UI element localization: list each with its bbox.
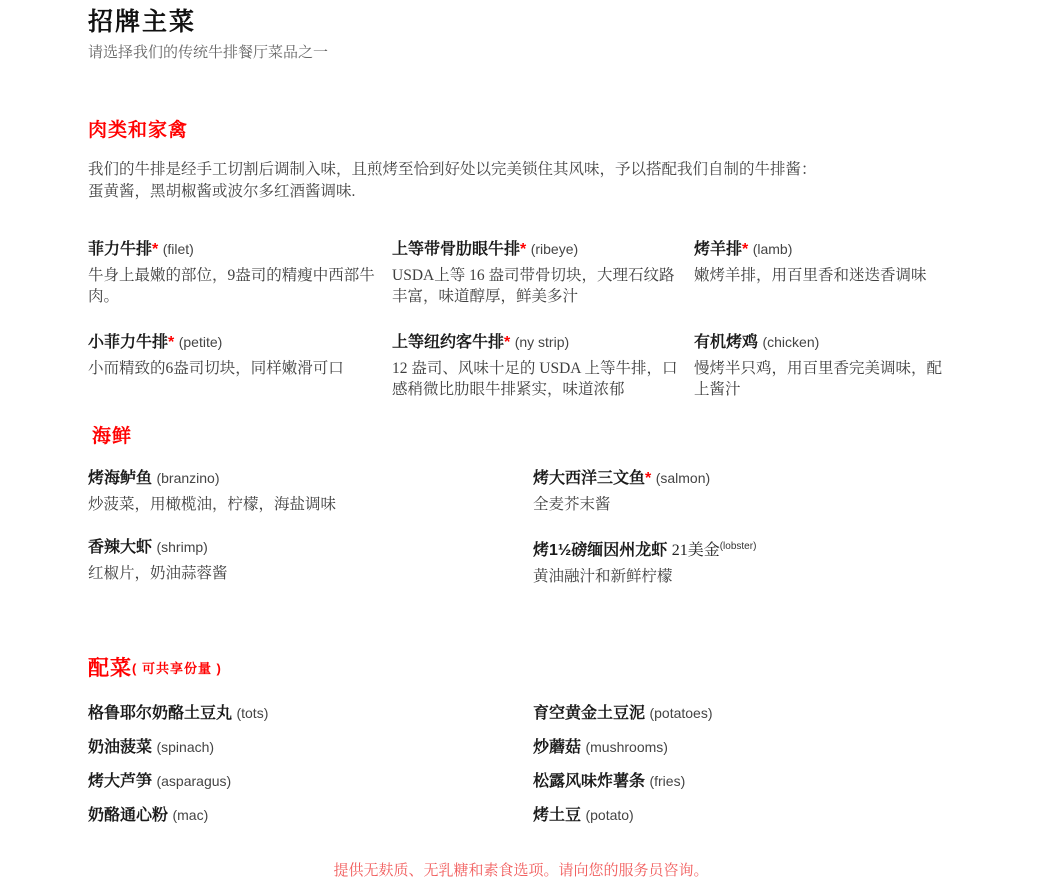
item-en-label: (potato) xyxy=(585,807,633,823)
meat-items-grid: 菲力牛排* (filet) 牛身上最嫩的部位，9盎司的精瘦中西部牛肉。 上等带骨… xyxy=(88,239,962,400)
item-asterisk: * xyxy=(520,241,526,258)
menu-page: 招牌主菜 请选择我们的传统牛排餐厅菜品之一 肉类和家禽 我们的牛排是经手工切割后… xyxy=(0,0,1042,826)
seafood-items-grid: 烤海鲈鱼 (branzino) 炒菠菜，用橄榄油，柠檬，海盐调味 烤大西洋三文鱼… xyxy=(88,468,962,587)
item-name: 烤大西洋三文鱼 xyxy=(533,470,645,487)
item-en-label: (salmon) xyxy=(656,470,710,486)
sides-heading-label: 配菜 xyxy=(88,657,132,680)
meat-intro: 我们的牛排是经手工切割后调制入味，且煎烤至恰到好处以完美锁住其风味，予以搭配我们… xyxy=(88,159,962,203)
meat-intro-line2: 蛋黄酱，黑胡椒酱或波尔多红酒酱调味. xyxy=(88,181,962,203)
menu-item-spinach: 奶油菠菜 (spinach) xyxy=(88,737,533,758)
menu-item-shrimp: 香辣大虾 (shrimp) 红椒片，奶油蒜蓉酱 xyxy=(88,537,533,587)
item-en-label: (branzino) xyxy=(156,470,219,486)
item-description: 小而精致的6盎司切块，同样嫩滑可口 xyxy=(88,358,376,379)
item-name: 奶酪通心粉 xyxy=(88,807,168,824)
item-description: 全麦芥末酱 xyxy=(533,494,944,515)
menu-item-fries: 松露风味炸薯条 (fries) xyxy=(533,771,960,792)
item-description: USDA上等 16 盎司带骨切块，大理石纹路丰富，味道醇厚，鲜美多汁 xyxy=(392,265,678,307)
menu-item-lobster: 烤1½磅缅因州龙虾 21美金(lobster) 黄油融汁和新鲜柠檬 xyxy=(533,537,960,587)
item-title: 奶酪通心粉 (mac) xyxy=(88,805,517,826)
item-en-label: (asparagus) xyxy=(156,773,231,789)
menu-item-tots: 格鲁耶尔奶酪土豆丸 (tots) xyxy=(88,703,533,724)
item-en-label: (shrimp) xyxy=(156,539,207,555)
item-title: 上等带骨肋眼牛排* (ribeye) xyxy=(392,239,678,260)
menu-item-asparagus: 烤大芦笋 (asparagus) xyxy=(88,771,533,792)
item-en-label: (lamb) xyxy=(753,241,793,257)
menu-item-ribeye: 上等带骨肋眼牛排* (ribeye) USDA上等 16 盎司带骨切块，大理石纹… xyxy=(392,239,694,307)
dietary-options-footer: 提供无麸质、无乳糖和素食选项。请向您的服务员咨询。 xyxy=(0,862,1042,880)
item-description: 12 盎司、风味十足的 USDA 上等牛排，口感稍微比肋眼牛排紧实，味道浓郁 xyxy=(392,358,678,400)
item-name: 菲力牛排 xyxy=(88,241,152,258)
item-name: 格鲁耶尔奶酪土豆丸 xyxy=(88,705,232,722)
item-name: 奶油菠菜 xyxy=(88,739,152,756)
sides-items-grid: 格鲁耶尔奶酪土豆丸 (tots) 育空黄金土豆泥 (potatoes) 奶油菠菜… xyxy=(88,703,962,826)
item-name: 有机烤鸡 xyxy=(694,334,758,351)
item-title: 烤1½磅缅因州龙虾 21美金(lobster) xyxy=(533,537,944,561)
item-name: 烤海鲈鱼 xyxy=(88,470,152,487)
menu-item-potatoes: 育空黄金土豆泥 (potatoes) xyxy=(533,703,960,724)
item-asterisk: * xyxy=(152,241,158,258)
item-title: 烤海鲈鱼 (branzino) xyxy=(88,468,517,489)
item-en-label: (ribeye) xyxy=(531,241,578,257)
item-title: 奶油菠菜 (spinach) xyxy=(88,737,517,758)
item-title: 有机烤鸡 (chicken) xyxy=(694,332,944,353)
menu-item-chicken: 有机烤鸡 (chicken) 慢烤半只鸡，用百里香完美调味，配上酱汁 xyxy=(694,332,960,400)
item-en-superscript: (lobster) xyxy=(720,541,757,552)
item-name: 育空黄金土豆泥 xyxy=(533,705,645,722)
item-name: 烤大芦笋 xyxy=(88,773,152,790)
item-en-label: (tots) xyxy=(236,705,268,721)
item-title: 烤羊排* (lamb) xyxy=(694,239,944,260)
item-title: 烤大西洋三文鱼* (salmon) xyxy=(533,468,944,489)
item-title: 菲力牛排* (filet) xyxy=(88,239,376,260)
item-en-label: (fries) xyxy=(649,773,685,789)
item-title: 烤大芦笋 (asparagus) xyxy=(88,771,517,792)
item-en-label: (mac) xyxy=(172,807,208,823)
item-en-label: (petite) xyxy=(179,334,223,350)
item-title: 小菲力牛排* (petite) xyxy=(88,332,376,353)
item-en-label: (chicken) xyxy=(762,334,819,350)
item-description: 红椒片，奶油蒜蓉酱 xyxy=(88,563,517,584)
item-description: 牛身上最嫩的部位，9盎司的精瘦中西部牛肉。 xyxy=(88,265,376,307)
item-title: 格鲁耶尔奶酪土豆丸 (tots) xyxy=(88,703,517,724)
menu-item-branzino: 烤海鲈鱼 (branzino) 炒菠菜，用橄榄油，柠檬，海盐调味 xyxy=(88,468,533,515)
item-description: 黄油融汁和新鲜柠檬 xyxy=(533,566,944,587)
item-name: 小菲力牛排 xyxy=(88,334,168,351)
menu-item-mac: 奶酪通心粉 (mac) xyxy=(88,805,533,826)
item-name: 松露风味炸薯条 xyxy=(533,773,645,790)
meat-intro-line1: 我们的牛排是经手工切割后调制入味，且煎烤至恰到好处以完美锁住其风味，予以搭配我们… xyxy=(88,159,962,181)
item-en-label: (potatoes) xyxy=(649,705,712,721)
menu-item-filet: 菲力牛排* (filet) 牛身上最嫩的部位，9盎司的精瘦中西部牛肉。 xyxy=(88,239,392,307)
section-heading-meat: 肉类和家禽 xyxy=(88,120,962,142)
item-en-label: (spinach) xyxy=(156,739,214,755)
item-title: 香辣大虾 (shrimp) xyxy=(88,537,517,558)
item-description: 炒菠菜，用橄榄油，柠檬，海盐调味 xyxy=(88,494,517,515)
item-en-label: (ny strip) xyxy=(515,334,569,350)
menu-item-salmon: 烤大西洋三文鱼* (salmon) 全麦芥末酱 xyxy=(533,468,960,515)
section-heading-seafood: 海鲜 xyxy=(92,426,962,448)
item-title: 炒蘑菇 (mushrooms) xyxy=(533,737,944,758)
item-name: 烤土豆 xyxy=(533,807,581,824)
page-title: 招牌主菜 xyxy=(88,8,962,36)
item-name: 烤1½磅缅因州龙虾 xyxy=(533,542,667,559)
menu-item-ny-strip: 上等纽约客牛排* (ny strip) 12 盎司、风味十足的 USDA 上等牛… xyxy=(392,332,694,400)
page-subtitle: 请选择我们的传统牛排餐厅菜品之一 xyxy=(88,43,962,63)
item-title: 烤土豆 (potato) xyxy=(533,805,944,826)
menu-item-petite-filet: 小菲力牛排* (petite) 小而精致的6盎司切块，同样嫩滑可口 xyxy=(88,332,392,400)
item-description: 慢烤半只鸡，用百里香完美调味，配上酱汁 xyxy=(694,358,944,400)
item-name: 香辣大虾 xyxy=(88,539,152,556)
menu-item-lamb: 烤羊排* (lamb) 嫩烤羊排，用百里香和迷迭香调味 xyxy=(694,239,960,307)
menu-item-mushrooms: 炒蘑菇 (mushrooms) xyxy=(533,737,960,758)
item-description: 嫩烤羊排，用百里香和迷迭香调味 xyxy=(694,265,944,286)
sides-shareable-note: ( 可共享份量 ) xyxy=(132,661,222,676)
item-title: 上等纽约客牛排* (ny strip) xyxy=(392,332,678,353)
menu-item-potato: 烤土豆 (potato) xyxy=(533,805,960,826)
item-price: 21美金 xyxy=(672,542,720,559)
item-en-label: (filet) xyxy=(163,241,194,257)
item-name: 上等带骨肋眼牛排 xyxy=(392,241,520,258)
item-asterisk: * xyxy=(504,334,510,351)
item-title: 松露风味炸薯条 (fries) xyxy=(533,771,944,792)
item-name: 烤羊排 xyxy=(694,241,742,258)
item-name: 炒蘑菇 xyxy=(533,739,581,756)
item-asterisk: * xyxy=(168,334,174,351)
item-name: 上等纽约客牛排 xyxy=(392,334,504,351)
item-asterisk: * xyxy=(645,470,651,487)
item-asterisk: * xyxy=(742,241,748,258)
item-title: 育空黄金土豆泥 (potatoes) xyxy=(533,703,944,724)
item-en-label: (mushrooms) xyxy=(585,739,667,755)
section-heading-sides: 配菜( 可共享份量 ) xyxy=(88,657,962,681)
